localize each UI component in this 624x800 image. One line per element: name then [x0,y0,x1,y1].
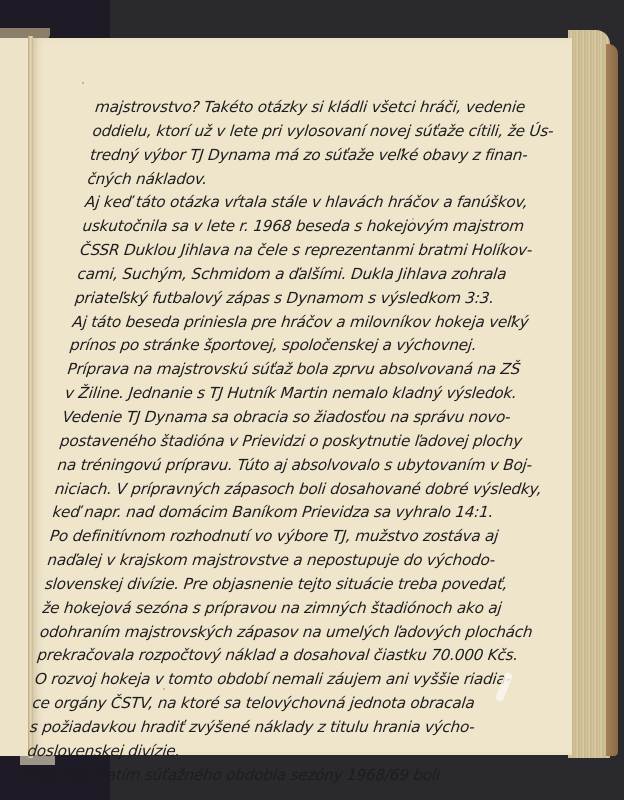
paper-speck [82,82,84,84]
text-line: Po definitívnom rozhodnutí vo výbore TJ,… [49,525,562,549]
text-line: Vedenie TJ Dynama sa obracia so žiadosťo… [61,406,574,430]
text-line: čných nákladov. [86,168,599,192]
text-line: O rozvoj hokeja v tomto období nemali zá… [34,668,547,692]
text-line: oddielu, ktorí už v lete pri vylosovaní … [91,120,604,144]
book-gutter [28,36,33,758]
text-line: postaveného štadióna v Prievidzi o posky… [59,430,572,454]
book-cover-edge [606,44,618,756]
text-line: ČSSR Duklou Jihlava na čele s reprezenta… [79,239,592,263]
text-line: uskutočnila sa v lete r. 1968 beseda s h… [81,215,594,239]
text-line: Pred započatím súťažného obdobia sezóny … [24,764,537,788]
text-line: Príprava na majstrovskú súťaž bola zprvu… [66,358,579,382]
text-line: niciach. V prípravných zápasoch boli dos… [54,478,567,502]
text-line: tredný výbor TJ Dynama má zo súťaže veľk… [89,144,602,168]
text-line: priateľský futbalový zápas s Dynamom s v… [74,287,587,311]
text-line: naďalej v krajskom majstrovstve a nepost… [46,549,559,573]
text-line: že hokejová sezóna s prípravou na zimnýc… [41,597,554,621]
text-line: na tréningovú prípravu. Túto aj absolvov… [56,454,569,478]
left-page-edge [0,38,31,756]
text-line: v Žiline. Jednanie s TJ Hutník Martin ne… [64,382,577,406]
text-line: s požiadavkou hradiť zvýšené náklady z t… [29,716,542,740]
handwritten-text: majstrovstvo? Takéto otázky si kládli vš… [24,96,607,787]
text-line: cami, Suchým, Schmidom a ďalšími. Dukla … [76,263,589,287]
text-line: Aj táto beseda priniesla pre hráčov a mi… [71,311,584,335]
text-line: prínos po stránke športovej, spoločenske… [69,334,582,358]
text-line: keď napr. nad domácim Baníkom Prievidza … [51,501,564,525]
text-line: doslovenskej divízie. [26,740,539,764]
text-line: odohraním majstrovských zápasov na umelý… [39,621,552,645]
text-line: slovenskej divízie. Pre objasnenie tejto… [44,573,557,597]
text-line: Aj keď táto otázka vŕtala stále v hlavác… [84,191,597,215]
text-line: majstrovstvo? Takéto otázky si kládli vš… [94,96,607,120]
text-line: prekračovala rozpočtový náklad a dosahov… [36,644,549,668]
text-line: ce orgány ČSTV, na ktoré sa telovýchovná… [31,692,544,716]
